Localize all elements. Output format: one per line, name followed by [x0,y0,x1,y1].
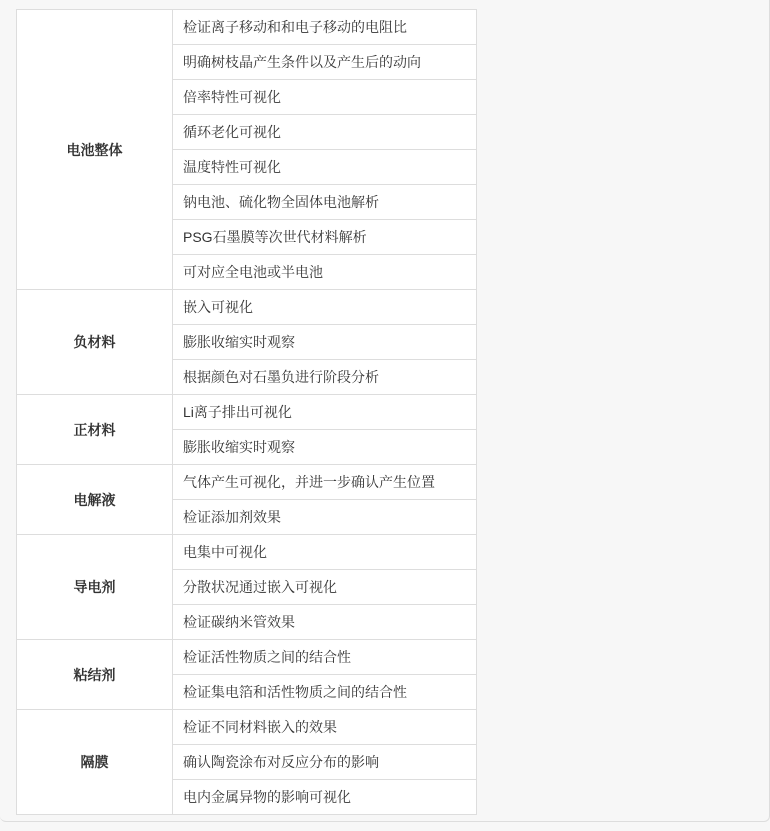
feature-item: 确认陶瓷涂布对反应分布的影响 [173,745,477,780]
feature-item: 倍率特性可视化 [173,80,477,115]
category-label: 负材料 [17,290,173,395]
feature-item: 膨胀收缩实时观察 [173,325,477,360]
table-row: 隔膜检证不同材料嵌入的效果 [17,710,477,745]
feature-item: 检证离子移动和和电子移动的电阻比 [173,10,477,45]
feature-item: 气体产生可视化，并进一步确认产生位置 [173,465,477,500]
table-row: 粘结剂检证活性物质之间的结合性 [17,640,477,675]
table-row: 电解液气体产生可视化，并进一步确认产生位置 [17,465,477,500]
feature-item: 检证添加剂效果 [173,500,477,535]
feature-item: 分散状况通过嵌入可视化 [173,570,477,605]
feature-item: 根据颜色对石墨负进行阶段分析 [173,360,477,395]
category-label: 导电剂 [17,535,173,640]
feature-item: 电集中可视化 [173,535,477,570]
feature-item: Li离子排出可视化 [173,395,477,430]
category-label: 粘结剂 [17,640,173,710]
feature-item: 检证碳纳米管效果 [173,605,477,640]
feature-table-body: 电池整体检证离子移动和和电子移动的电阻比明确树枝晶产生条件以及产生后的动向倍率特… [17,10,477,815]
table-row: 导电剂电集中可视化 [17,535,477,570]
feature-item: 循环老化可视化 [173,115,477,150]
feature-item: 温度特性可视化 [173,150,477,185]
feature-item: 钠电池、硫化物全固体电池解析 [173,185,477,220]
feature-item: 可对应全电池或半电池 [173,255,477,290]
battery-feature-table: 电池整体检证离子移动和和电子移动的电阻比明确树枝晶产生条件以及产生后的动向倍率特… [16,9,477,815]
category-label: 隔膜 [17,710,173,815]
table-row: 负材料嵌入可视化 [17,290,477,325]
category-label: 电池整体 [17,10,173,290]
table-row: 电池整体检证离子移动和和电子移动的电阻比 [17,10,477,45]
feature-item: 嵌入可视化 [173,290,477,325]
page-card: 电池整体检证离子移动和和电子移动的电阻比明确树枝晶产生条件以及产生后的动向倍率特… [0,0,770,822]
feature-item: 膨胀收缩实时观察 [173,430,477,465]
feature-item: 明确树枝晶产生条件以及产生后的动向 [173,45,477,80]
feature-item: PSG石墨膜等次世代材料解析 [173,220,477,255]
table-row: 正材料Li离子排出可视化 [17,395,477,430]
feature-item: 电内金属异物的影响可视化 [173,780,477,815]
category-label: 正材料 [17,395,173,465]
feature-item: 检证活性物质之间的结合性 [173,640,477,675]
category-label: 电解液 [17,465,173,535]
feature-item: 检证不同材料嵌入的效果 [173,710,477,745]
feature-item: 检证集电箔和活性物质之间的结合性 [173,675,477,710]
